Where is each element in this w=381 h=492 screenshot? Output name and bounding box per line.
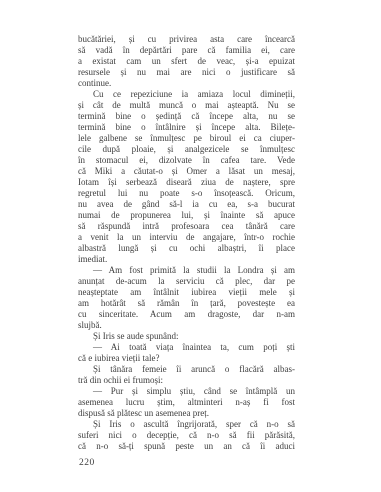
text-line: și cât de multă muncă o mai așteaptă. Nu…	[78, 100, 295, 111]
text-line: în stomacul ei, dizolvate în cafea tare.…	[78, 155, 295, 166]
text-line: să răspundă intră profesoara cea tânără …	[78, 221, 295, 232]
text-line: Și Iris o ascultă îngrijorată, sper că n…	[78, 419, 295, 430]
text-line: Cu ce repeziciune ia amiaza locul dimine…	[78, 89, 295, 100]
text-line: continue.	[78, 78, 295, 89]
book-page: bucătăriei, și cu privirea asta care înc…	[0, 0, 381, 492]
text-line: suferi nici o decepție, că n-o să fii pă…	[78, 430, 295, 441]
text-line: cu sinceritate. Acum am dragoste, dar n-…	[78, 309, 295, 320]
text-line: Iotam își serbează diseară ziua de naște…	[78, 177, 295, 188]
text-line: neașteptate am întâlnit iubirea vieții m…	[78, 287, 295, 298]
text-line: albastră lungă și cu ochi albaștri, îi p…	[78, 243, 295, 254]
text-line: termină bine o ședință că începe alta, n…	[78, 111, 295, 122]
text-line: anunțat de-acum la serviciu că plec, dar…	[78, 276, 295, 287]
text-line: că Miki a căutat-o și Omer a lăsat un me…	[78, 166, 295, 177]
text-block: bucătăriei, și cu privirea asta care înc…	[78, 34, 295, 452]
text-line: lele galbene se înmulțesc pe biroul ei c…	[78, 133, 295, 144]
text-line: nu avea de gând să-l ia cu ea, s-a bucur…	[78, 199, 295, 210]
text-line: Și tânăra femeie îi aruncă o flacără alb…	[78, 364, 295, 375]
text-line: a existat cam un sfert de veac, și-a epu…	[78, 56, 295, 67]
text-line: că n-o să-ți spună peste un an că îi adu…	[78, 441, 295, 452]
text-line: a venit la un interviu de angajare, într…	[78, 232, 295, 243]
page-number: 220	[79, 458, 95, 468]
text-line: Și Iris se aude spunând:	[78, 331, 295, 342]
text-line: termină bine o întâlnire și începe alta.…	[78, 122, 295, 133]
text-line: — Pur și simplu știu, când se întâmplă u…	[78, 386, 295, 397]
text-line: regretul lui nu poate s-o însoțească. Or…	[78, 188, 295, 199]
text-line: numai de propunerea lui, și înainte să a…	[78, 210, 295, 221]
text-line: resursele și nu mai are nici o justifica…	[78, 67, 295, 78]
text-line: imediat.	[78, 254, 295, 265]
text-line: dispusă să plătesc un asemenea preț.	[78, 408, 295, 419]
text-line: cile după ploaie, și analgezicele se înm…	[78, 144, 295, 155]
text-line: slujbă.	[78, 320, 295, 331]
text-line: bucătăriei, și cu privirea asta care înc…	[78, 34, 295, 45]
text-line: că e iubirea vieții tale?	[78, 353, 295, 364]
text-line: — Am fost primită la studii la Londra și…	[78, 265, 295, 276]
text-line: — Ai toată viața înaintea ta, cum poți ș…	[78, 342, 295, 353]
text-line: să vadă în depărtări pare că familia ei,…	[78, 45, 295, 56]
text-line: tră din ochii ei frumoși:	[78, 375, 295, 386]
text-line: asemenea lucru știm, altminteri n-aș fi …	[78, 397, 295, 408]
text-line: am hotărât să rămân în țară, povestește …	[78, 298, 295, 309]
